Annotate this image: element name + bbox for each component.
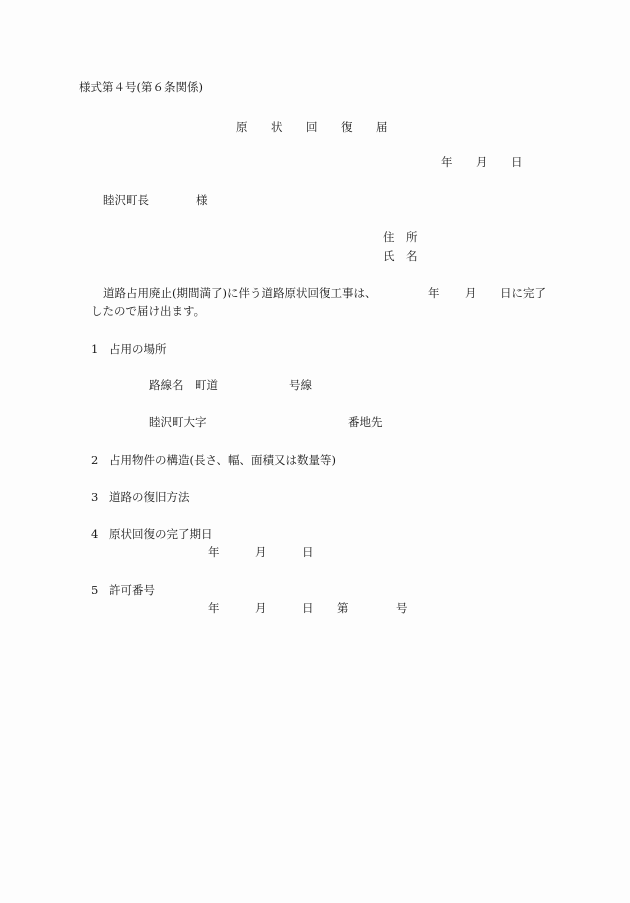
date-year-label: 年 <box>441 157 453 169</box>
permit-no-suffix: 号 <box>396 603 408 615</box>
permit-year-label: 年 <box>208 603 220 615</box>
form-number: 様式第４号(第６条関係) <box>79 82 203 94</box>
section-5-label: 許可番号 <box>109 585 155 597</box>
permit-day-label: 日 <box>302 603 314 615</box>
section-3-number: 3 <box>91 492 98 504</box>
body-line2: したので届け出ます。 <box>91 306 205 318</box>
location-suffix: 番地先 <box>348 417 383 429</box>
addressee-honorific: 様 <box>196 195 208 207</box>
body-year-label: 年 <box>428 288 440 300</box>
route-type: 町道 <box>195 380 218 392</box>
section-4-number: 4 <box>91 529 98 541</box>
location-prefix: 睦沢町大字 <box>149 417 207 429</box>
permit-month-label: 月 <box>255 603 267 615</box>
date-day-label: 日 <box>511 157 523 169</box>
section-2-number: 2 <box>91 455 98 467</box>
section-2-label: 占用物件の構造(長さ、幅、面積又は数量等) <box>109 455 336 467</box>
title-char-4: 復 <box>341 122 353 134</box>
permit-no-prefix: 第 <box>337 603 349 615</box>
date-month-label: 月 <box>476 157 488 169</box>
applicant-name-label: 氏 名 <box>383 251 418 263</box>
addressee-name: 睦沢町長 <box>103 195 149 207</box>
completion-month-label: 月 <box>255 547 267 559</box>
section-1-label: 占用の場所 <box>109 344 167 356</box>
title-char-1: 原 <box>236 122 248 134</box>
applicant-address-label: 住 所 <box>383 232 418 244</box>
title-char-5: 届 <box>376 122 388 134</box>
body-line1-prefix: 道路占用廃止(期間満了)に伴う道路原状回復工事は、 <box>103 288 376 300</box>
section-4-label: 原状回復の完了期日 <box>109 529 213 541</box>
section-1-number: 1 <box>91 344 98 356</box>
body-day-suffix: 日に完了 <box>500 288 546 300</box>
body-month-label: 月 <box>465 288 477 300</box>
section-5-number: 5 <box>91 585 98 597</box>
document-page: 様式第４号(第６条関係) 原 状 回 復 届 年 月 日 睦沢町長 様 住 所 … <box>0 0 630 903</box>
title-char-2: 状 <box>271 122 283 134</box>
title-char-3: 回 <box>306 122 318 134</box>
completion-day-label: 日 <box>302 547 314 559</box>
route-label: 路線名 <box>149 380 184 392</box>
route-suffix: 号線 <box>289 380 312 392</box>
completion-year-label: 年 <box>208 547 220 559</box>
section-3-label: 道路の復旧方法 <box>109 492 190 504</box>
